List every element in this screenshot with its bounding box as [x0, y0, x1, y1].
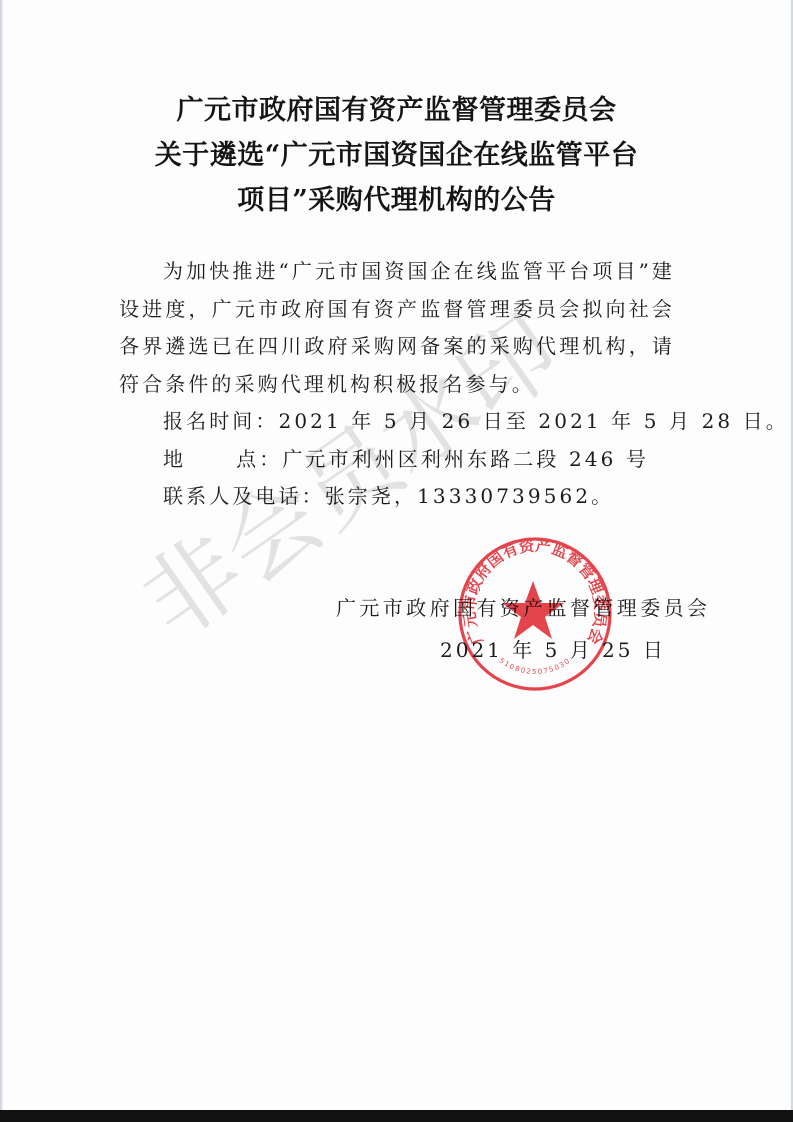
info-block: 报名时间：2021 年 5 月 26 日至 2021 年 5 月 28 日。 地… — [163, 403, 789, 516]
registration-time-label: 报名时间： — [163, 409, 279, 433]
title-line-1: 广元市政府国有资产监督管理委员会 — [0, 88, 793, 133]
body-paragraph-block: 为加快推进“广元市国资国企在线监管平台项目”建设进度，广元市政府国有资产监督管理… — [119, 253, 675, 403]
document-title: 广元市政府国有资产监督管理委员会 关于遴选“广元市国资国企在线监管平台 项目”采… — [0, 88, 793, 223]
location-label-part-2: 点： — [236, 447, 282, 471]
title-line-2: 关于遴选“广元市国资国企在线监管平台 — [0, 133, 793, 178]
contact-value: 张宗尧，13330739562。 — [325, 484, 615, 508]
body-paragraph: 为加快推进“广元市国资国企在线监管平台项目”建设进度，广元市政府国有资产监督管理… — [119, 253, 675, 403]
registration-time-value: 2021 年 5 月 26 日至 2021 年 5 月 28 日。 — [279, 409, 789, 433]
contact-label: 联系人及电话： — [163, 484, 325, 508]
location-value: 广元市利州区利州东路二段 246 号 — [282, 447, 649, 471]
official-seal-stamp: 广元市政府国有资产监督管理委员会 5108025075030 — [456, 535, 614, 693]
document-page: 非会员水印 广元市政府国有资产监督管理委员会 关于遴选“广元市国资国企在线监管平… — [0, 0, 793, 1110]
scan-bottom-edge — [0, 1110, 793, 1122]
star-icon — [502, 581, 564, 639]
stamp-code: 5108025075030 — [498, 657, 573, 676]
registration-time-row: 报名时间：2021 年 5 月 26 日至 2021 年 5 月 28 日。 — [163, 403, 789, 441]
contact-row: 联系人及电话：张宗尧，13330739562。 — [163, 478, 789, 516]
location-row: 地点：广元市利州区利州东路二段 246 号 — [163, 441, 789, 479]
title-line-3: 项目”采购代理机构的公告 — [0, 178, 793, 223]
location-label-part-1: 地 — [163, 447, 186, 471]
